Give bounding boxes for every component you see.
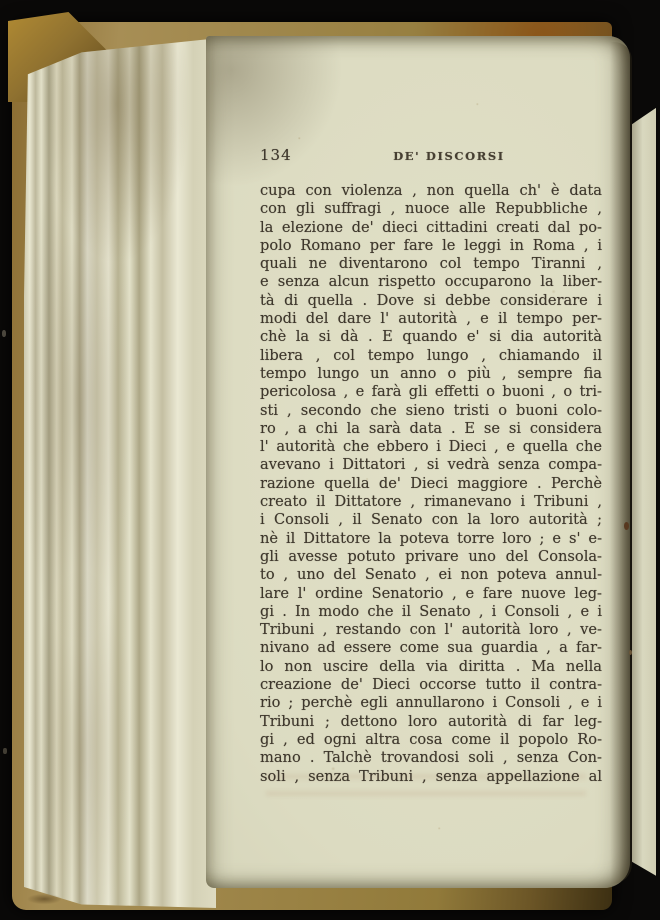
cover-smudge (26, 893, 72, 905)
text-line: to , uno del Senato , ei non poteva annu… (260, 566, 602, 584)
text-line: ro , a chi la sarà data . E se si consid… (260, 420, 602, 438)
text-line: tà di quella . Dove si debbe considerare… (260, 292, 602, 310)
text-line: razione quella de' Dieci maggiore . Perc… (260, 475, 602, 493)
text-line: l' autorità che ebbero i Dieci , e quell… (260, 438, 602, 456)
page-stack-fore-edge (24, 34, 216, 908)
text-line: creato il Dittatore , rimanevano i Tribu… (260, 493, 602, 511)
text-line: con gli suffragi , nuoce alle Repubblich… (260, 200, 602, 218)
next-page-edge (632, 104, 656, 882)
text-line: i Consoli , il Senato con la loro autori… (260, 511, 602, 529)
text-line: libera , col tempo lungo , chiamando il (260, 347, 602, 365)
text-line: gi . In modo che il Senato , i Consoli ,… (260, 603, 602, 621)
text-line: avevano i Dittatori , si vedrà senza com… (260, 456, 602, 474)
text-line: lo non uscire della via diritta . Ma nel… (260, 658, 602, 676)
text-line: soli , senza Tribuni , senza appellazion… (260, 768, 602, 786)
text-line: cupa con violenza , non quella ch' è dat… (260, 182, 602, 200)
text-line: la elezione de' dieci cittadini creati d… (260, 219, 602, 237)
text-line: lare l' ordine Senatorio , e fare nuove … (260, 585, 602, 603)
body-text: cupa con violenza , non quella ch' è dat… (260, 182, 602, 786)
text-line: creazione de' Dieci occorse tutto il con… (260, 676, 602, 694)
page-number: 134 (260, 146, 330, 164)
text-line: Tribuni ; dettono loro autorità di far l… (260, 713, 602, 731)
text-line: modi del dare l' autorità , e il tempo p… (260, 310, 602, 328)
gutter-shadow (610, 42, 632, 884)
text-line: chè la si dà . E quando e' si dia autori… (260, 328, 602, 346)
dirt-speck (624, 522, 629, 530)
text-line: nè il Dittatore la poteva torre loro ; e… (260, 530, 602, 548)
text-line: gli avesse potuto privare uno del Consol… (260, 548, 602, 566)
text-line: tempo lungo un anno o più , sempre fia (260, 365, 602, 383)
dirt-speck (629, 650, 632, 655)
book-scan: 134 DE' DISCORSI cupa con violenza , non… (0, 0, 660, 920)
text-line: polo Romano per fare le leggi in Roma , … (260, 237, 602, 255)
text-line: sti , secondo che sieno tristi o buoni c… (260, 402, 602, 420)
text-line: nivano ad essere come sua guardia , a fa… (260, 639, 602, 657)
dirt-speck (3, 748, 7, 754)
dirt-speck (2, 330, 6, 337)
text-line: rio ; perchè egli annullarono i Consoli … (260, 694, 602, 712)
running-header: DE' DISCORSI (330, 149, 602, 163)
text-line: e senza alcun rispetto occuparono la lib… (260, 273, 602, 291)
text-block: 134 DE' DISCORSI cupa con violenza , non… (260, 146, 602, 786)
text-line: pericolosa , e farà gli effetti o buoni … (260, 383, 602, 401)
main-page: 134 DE' DISCORSI cupa con violenza , non… (206, 36, 630, 888)
text-line: mano . Talchè trovandosi soli , senza Co… (260, 749, 602, 767)
text-line: gi , ed ogni altra cosa come il popolo R… (260, 731, 602, 749)
text-line: quali ne diventarono col tempo Tiranni , (260, 255, 602, 273)
page-header: 134 DE' DISCORSI (260, 146, 602, 166)
text-line: Tribuni , restando con l' autorità loro … (260, 621, 602, 639)
